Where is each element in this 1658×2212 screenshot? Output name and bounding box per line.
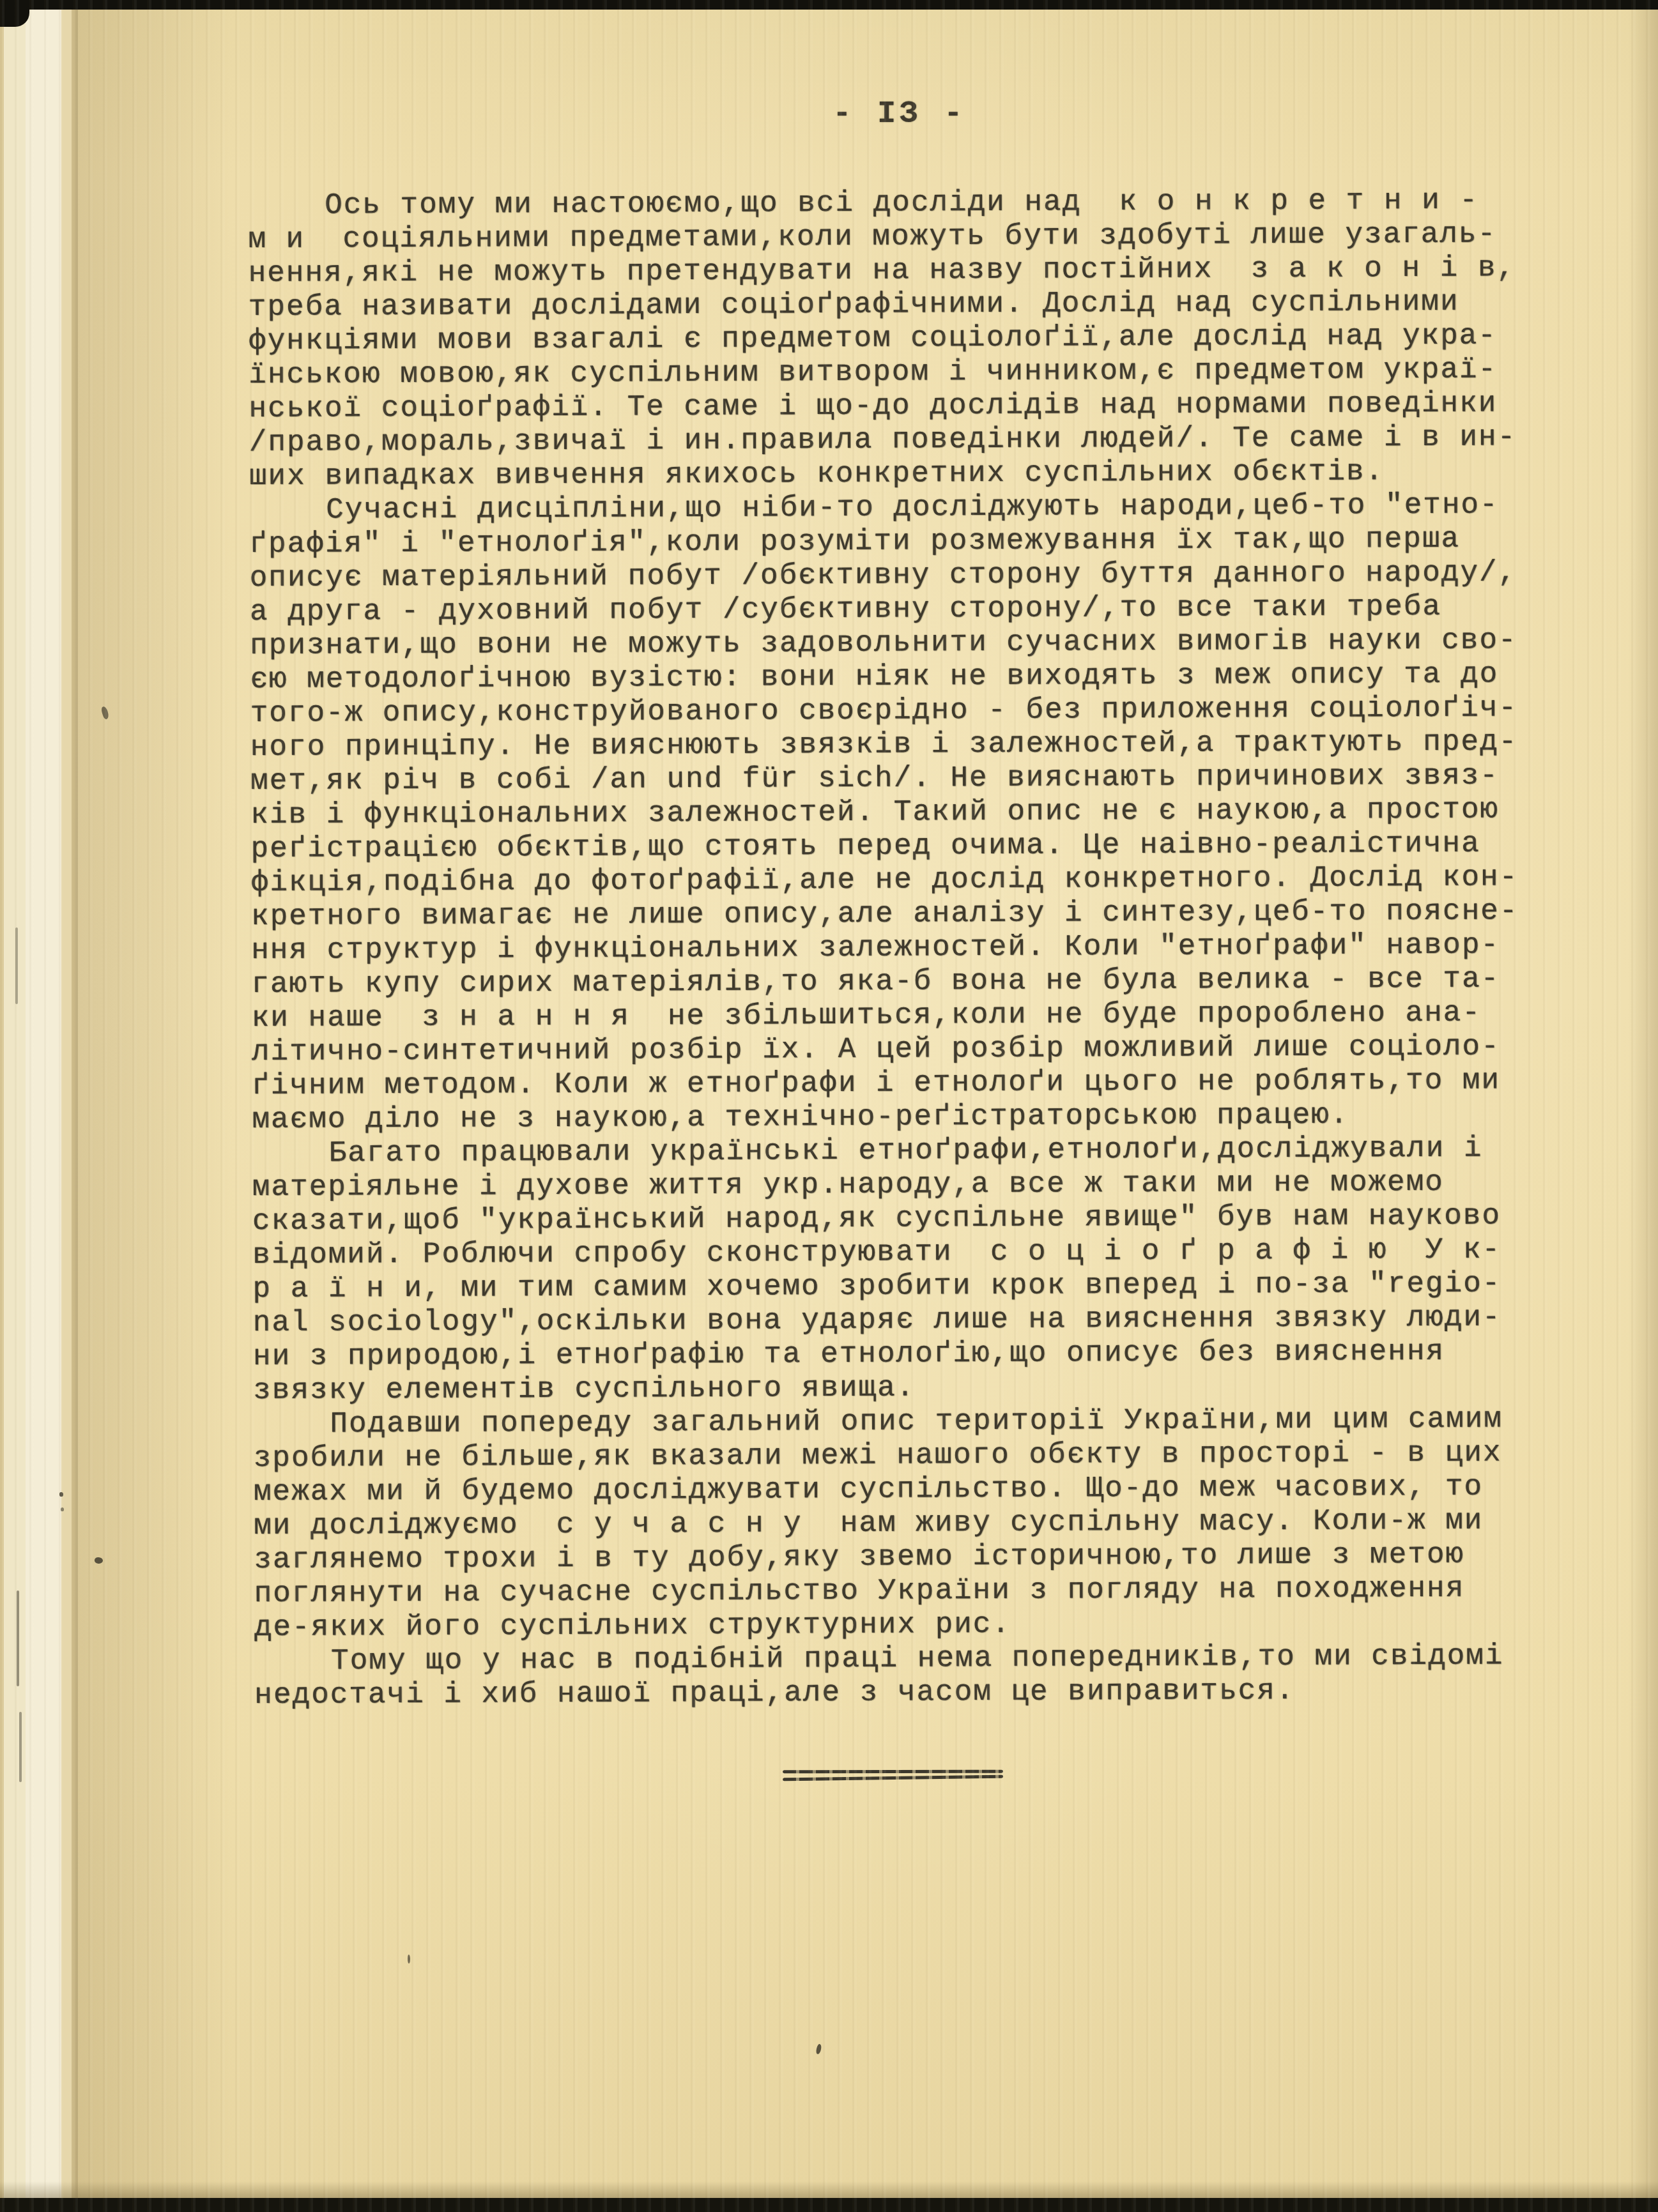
text-line: межах ми й будемо досліджувати суспільст… <box>254 1470 1570 1509</box>
text-line: реґістрацією обєктів,що стоять перед очи… <box>250 827 1567 866</box>
text-line: ших випадках вивчення якихось конкретних… <box>249 454 1565 494</box>
text-line: де-яких його суспільних структурних рис. <box>254 1605 1570 1645</box>
text-line: зробили не більше,як вказали межі нашого… <box>254 1436 1570 1476</box>
text-line: функціями мови взагалі є предметом соціо… <box>249 319 1565 358</box>
paragraph: Сучасні дисціпліни,що ніби-то досліджуют… <box>249 488 1568 1137</box>
text-line: Подавши попереду загальний опис територі… <box>253 1402 1569 1442</box>
paragraph: Подавши попереду загальний опис територі… <box>253 1402 1570 1645</box>
text-line: описує матеріяльний побут /обєктивну сто… <box>250 556 1566 595</box>
text-line: Багато працювали українські етноґрафи,ет… <box>252 1131 1568 1171</box>
text-line: ґічним методом. Коли ж етноґрафи і етнол… <box>252 1064 1568 1103</box>
page-number: - ІЗ - <box>248 97 1551 132</box>
ink-speck <box>61 1507 64 1511</box>
text-line: мет,як річ в собі /an und für sich/. Не … <box>250 759 1567 798</box>
typewritten-text: Ось тому ми настоюємо,що всі досліди над… <box>248 183 1570 1712</box>
ink-speck <box>815 2043 822 2054</box>
text-line: признати,що вони не можуть задовольнити … <box>250 623 1566 663</box>
bottom-edge-shadow <box>0 2181 1658 2198</box>
text-line: ми досліджуємо с у ч а с н у нам живу су… <box>254 1504 1570 1543</box>
text-line: ни з природою,і етноґрафію та етнолоґію,… <box>253 1334 1569 1374</box>
text-line: літично-синтетичний розбір їх. А цей роз… <box>252 1030 1568 1069</box>
binding-shadow <box>78 0 231 2212</box>
text-line: того-ж опису,конструйованого своєрідно -… <box>250 691 1566 731</box>
scan-bottom-border <box>0 2198 1658 2212</box>
paragraph: Тому що у нас в подібній праці нема попе… <box>254 1639 1570 1712</box>
text-line: нської соціоґрафії. Те саме і що-до досл… <box>249 386 1565 426</box>
text-line: поглянути на сучасне суспільство України… <box>254 1571 1570 1611</box>
text-line: Ось тому ми настоюємо,що всі досліди над… <box>248 183 1564 223</box>
right-edge-shade <box>1629 0 1658 2212</box>
text-line: ґрафія" і "етнолоґія",коли розуміти розм… <box>249 522 1565 561</box>
binding-mark <box>15 927 18 1004</box>
text-line: маємо діло не з наукою,а технічно-реґіст… <box>252 1097 1568 1137</box>
text-line: відомий. Роблючи спробу сконструювати с … <box>252 1233 1569 1272</box>
text-line: матеріяльне і духове життя укр.народу,а … <box>252 1165 1569 1205</box>
text-line: їнською мовою,як суспільним витвором і ч… <box>249 353 1565 392</box>
text-line: nal sociology",оскільки вона ударяє лише… <box>253 1301 1569 1340</box>
text-line: ки наше з н а н н я не збільшиться,коли … <box>252 996 1568 1035</box>
ink-speck <box>59 1492 63 1497</box>
text-line: фікція,подібна до фотоґрафії,але не досл… <box>251 860 1567 900</box>
text-line: р а ї н и, ми тим самим хочемо зробити к… <box>252 1267 1569 1306</box>
text-line: гають купу сирих матеріялів,то яка-б вон… <box>251 962 1567 1002</box>
text-line: треба називати дослідами соціоґрафічними… <box>249 285 1565 324</box>
text-line: Сучасні дисціпліни,що ніби-то досліджуют… <box>249 488 1565 528</box>
text-line: ків і функціональних залежностей. Такий … <box>250 793 1567 832</box>
text-line: єю методолоґічною вузістю: вони ніяк не … <box>250 657 1566 697</box>
paragraph: Ось тому ми настоюємо,що всі досліди над… <box>248 183 1565 494</box>
binding-mark <box>17 1590 19 1686</box>
scan-top-corner <box>0 0 29 27</box>
scan-top-border <box>0 0 1658 10</box>
page-stack-edge <box>0 0 75 2212</box>
text-line: сказати,щоб "український народ,як суспіл… <box>252 1199 1569 1239</box>
text-line: звязку елементів суспільного явища. <box>253 1368 1569 1408</box>
text-line: а друга - духовний побут /субєктивну сто… <box>250 590 1566 629</box>
ink-speck <box>95 1557 103 1564</box>
binding-mark <box>19 1712 22 1782</box>
text-line: заглянемо трохи і в ту добу,яку звемо іс… <box>254 1537 1570 1577</box>
scanned-page: - ІЗ - Ось тому ми настоюємо,що всі досл… <box>0 0 1658 2212</box>
text-line: недостачі і хиб нашої праці,але з часом … <box>254 1673 1570 1712</box>
text-line: м и соціяльними предметами,коли можуть б… <box>248 217 1564 257</box>
text-line: ння структур і функціональних залежносте… <box>251 928 1567 968</box>
section-divider <box>783 1768 1003 1781</box>
text-line: нення,які не можуть претендувати на назв… <box>248 251 1564 291</box>
text-line: кретного вимагає не лише опису,але аналі… <box>251 894 1567 934</box>
text-line: /право,мораль,звичаї і ин.правила поведі… <box>249 420 1565 460</box>
paragraph: Багато працювали українські етноґрафи,ет… <box>252 1131 1569 1408</box>
ink-speck <box>408 1955 410 1964</box>
text-line: Тому що у нас в подібній праці нема попе… <box>254 1639 1570 1679</box>
text-line: ного принціпу. Не вияснюють звязків і за… <box>250 725 1567 765</box>
